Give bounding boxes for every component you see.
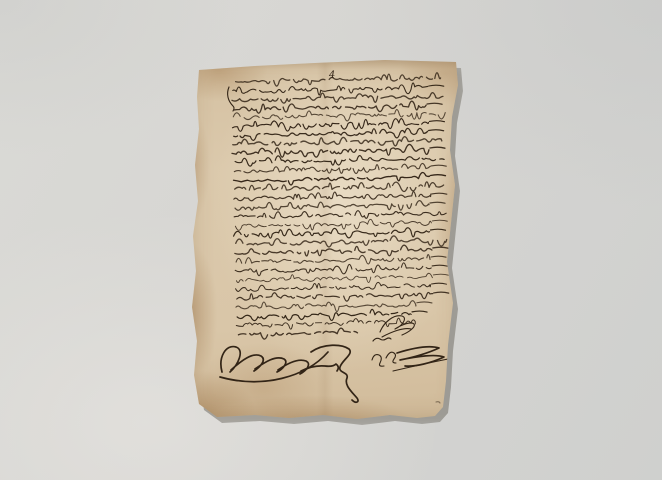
paraph-right-upper	[373, 316, 414, 341]
manuscript-paper: 4	[185, 55, 465, 425]
signature-left	[220, 347, 338, 382]
handwriting-line	[238, 328, 357, 340]
handwriting-line	[233, 82, 444, 97]
manuscript-ink: 4	[185, 55, 465, 425]
handwriting-line	[235, 262, 447, 276]
handwriting-line	[234, 101, 442, 115]
handwriting-line	[234, 190, 447, 202]
handwriting-line	[236, 73, 441, 87]
handwriting-line	[232, 91, 443, 105]
handwriting-line	[236, 254, 446, 267]
handwriting-line	[235, 199, 445, 213]
handwriting-line	[236, 281, 447, 292]
handwriting-line	[236, 318, 415, 331]
handwriting-lines	[231, 73, 450, 340]
signature-right	[372, 347, 448, 371]
handwriting-line	[233, 135, 442, 149]
handwriting-line	[233, 108, 445, 123]
handwriting-line	[237, 289, 449, 303]
handwriting-line	[234, 209, 446, 221]
handwriting-line	[233, 172, 445, 186]
handwriting-line	[234, 127, 444, 141]
handwriting-line	[235, 218, 447, 232]
handwriting-line	[234, 163, 446, 176]
handwriting-line	[235, 244, 448, 258]
bottom-right-mark	[436, 402, 440, 403]
signatures-group	[220, 316, 448, 403]
handwriting-line	[233, 226, 445, 240]
handwriting-line	[232, 144, 445, 159]
handwriting-line	[236, 235, 447, 250]
paraph-center	[311, 345, 358, 402]
handwriting-line	[232, 118, 444, 132]
photo-scene: 4	[0, 0, 662, 480]
handwriting-line	[235, 153, 444, 167]
handwriting-line	[236, 299, 432, 314]
